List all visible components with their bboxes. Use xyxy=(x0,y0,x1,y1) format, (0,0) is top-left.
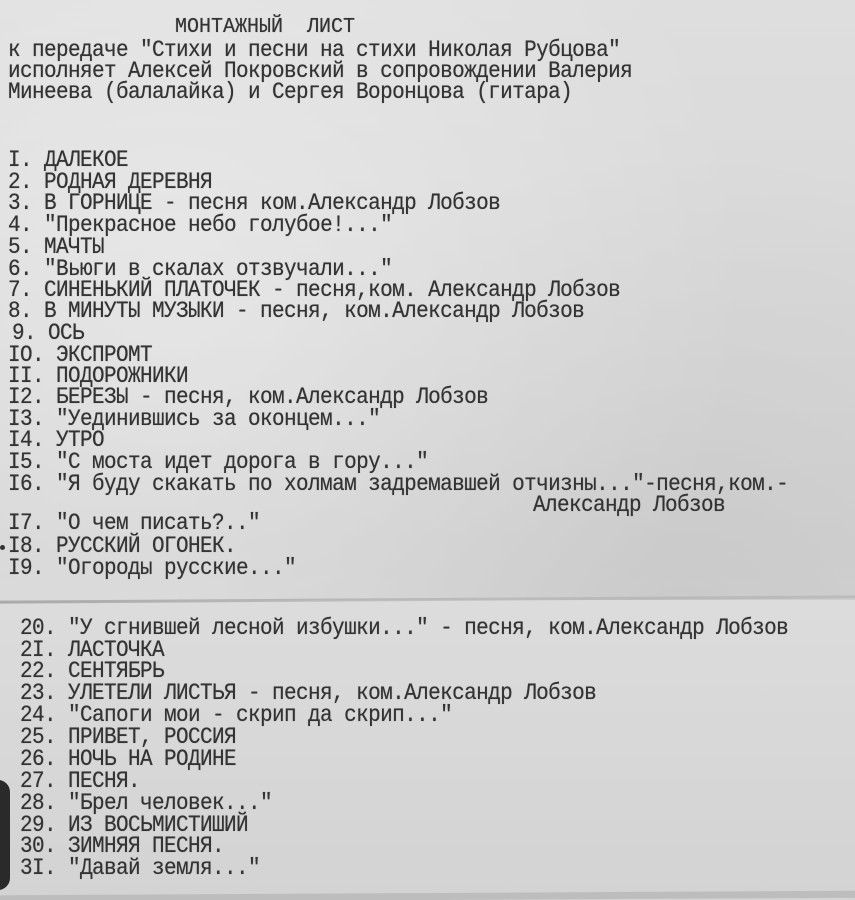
document-title: МОНТАЖНЫЙ ЛИСТ xyxy=(175,16,355,40)
item-number: I7. xyxy=(8,512,56,537)
item-number: I9. xyxy=(8,557,56,582)
document-sheet: МОНТАЖНЫЙ ЛИСТ к передаче "Стихи и песни… xyxy=(0,0,855,900)
list-item: 8. В МИНУТЫ МУЗЫКИ - песня, ком.Александ… xyxy=(8,301,584,325)
item-title: "О чем писать?.." xyxy=(56,512,260,537)
item-number: I6. xyxy=(8,473,56,498)
finger-shadow xyxy=(0,780,10,890)
item-continuation: Александр Лобзов xyxy=(533,495,725,519)
item-title: "Давай земля..." xyxy=(68,857,260,882)
list-item: I9. "Огороды русские..." xyxy=(8,558,296,582)
list-item: 3I. "Давай земля..." xyxy=(20,858,260,882)
item-title: "Уединившись за оконцем..." xyxy=(56,408,380,433)
item-title: "Огороды русские..." xyxy=(56,557,296,582)
item-title: "У сгнившей лесной избушки..." - песня, … xyxy=(68,617,788,642)
item-title: В МИНУТЫ МУЗЫКИ - песня, ком.Александр Л… xyxy=(44,300,584,325)
header-line-3: Минеева (балалайка) и Сергея Воронцова (… xyxy=(8,82,572,106)
margin-mark xyxy=(0,545,5,550)
list-item: I7. "О чем писать?.." xyxy=(8,513,260,537)
item-number: 3I. xyxy=(20,857,68,882)
